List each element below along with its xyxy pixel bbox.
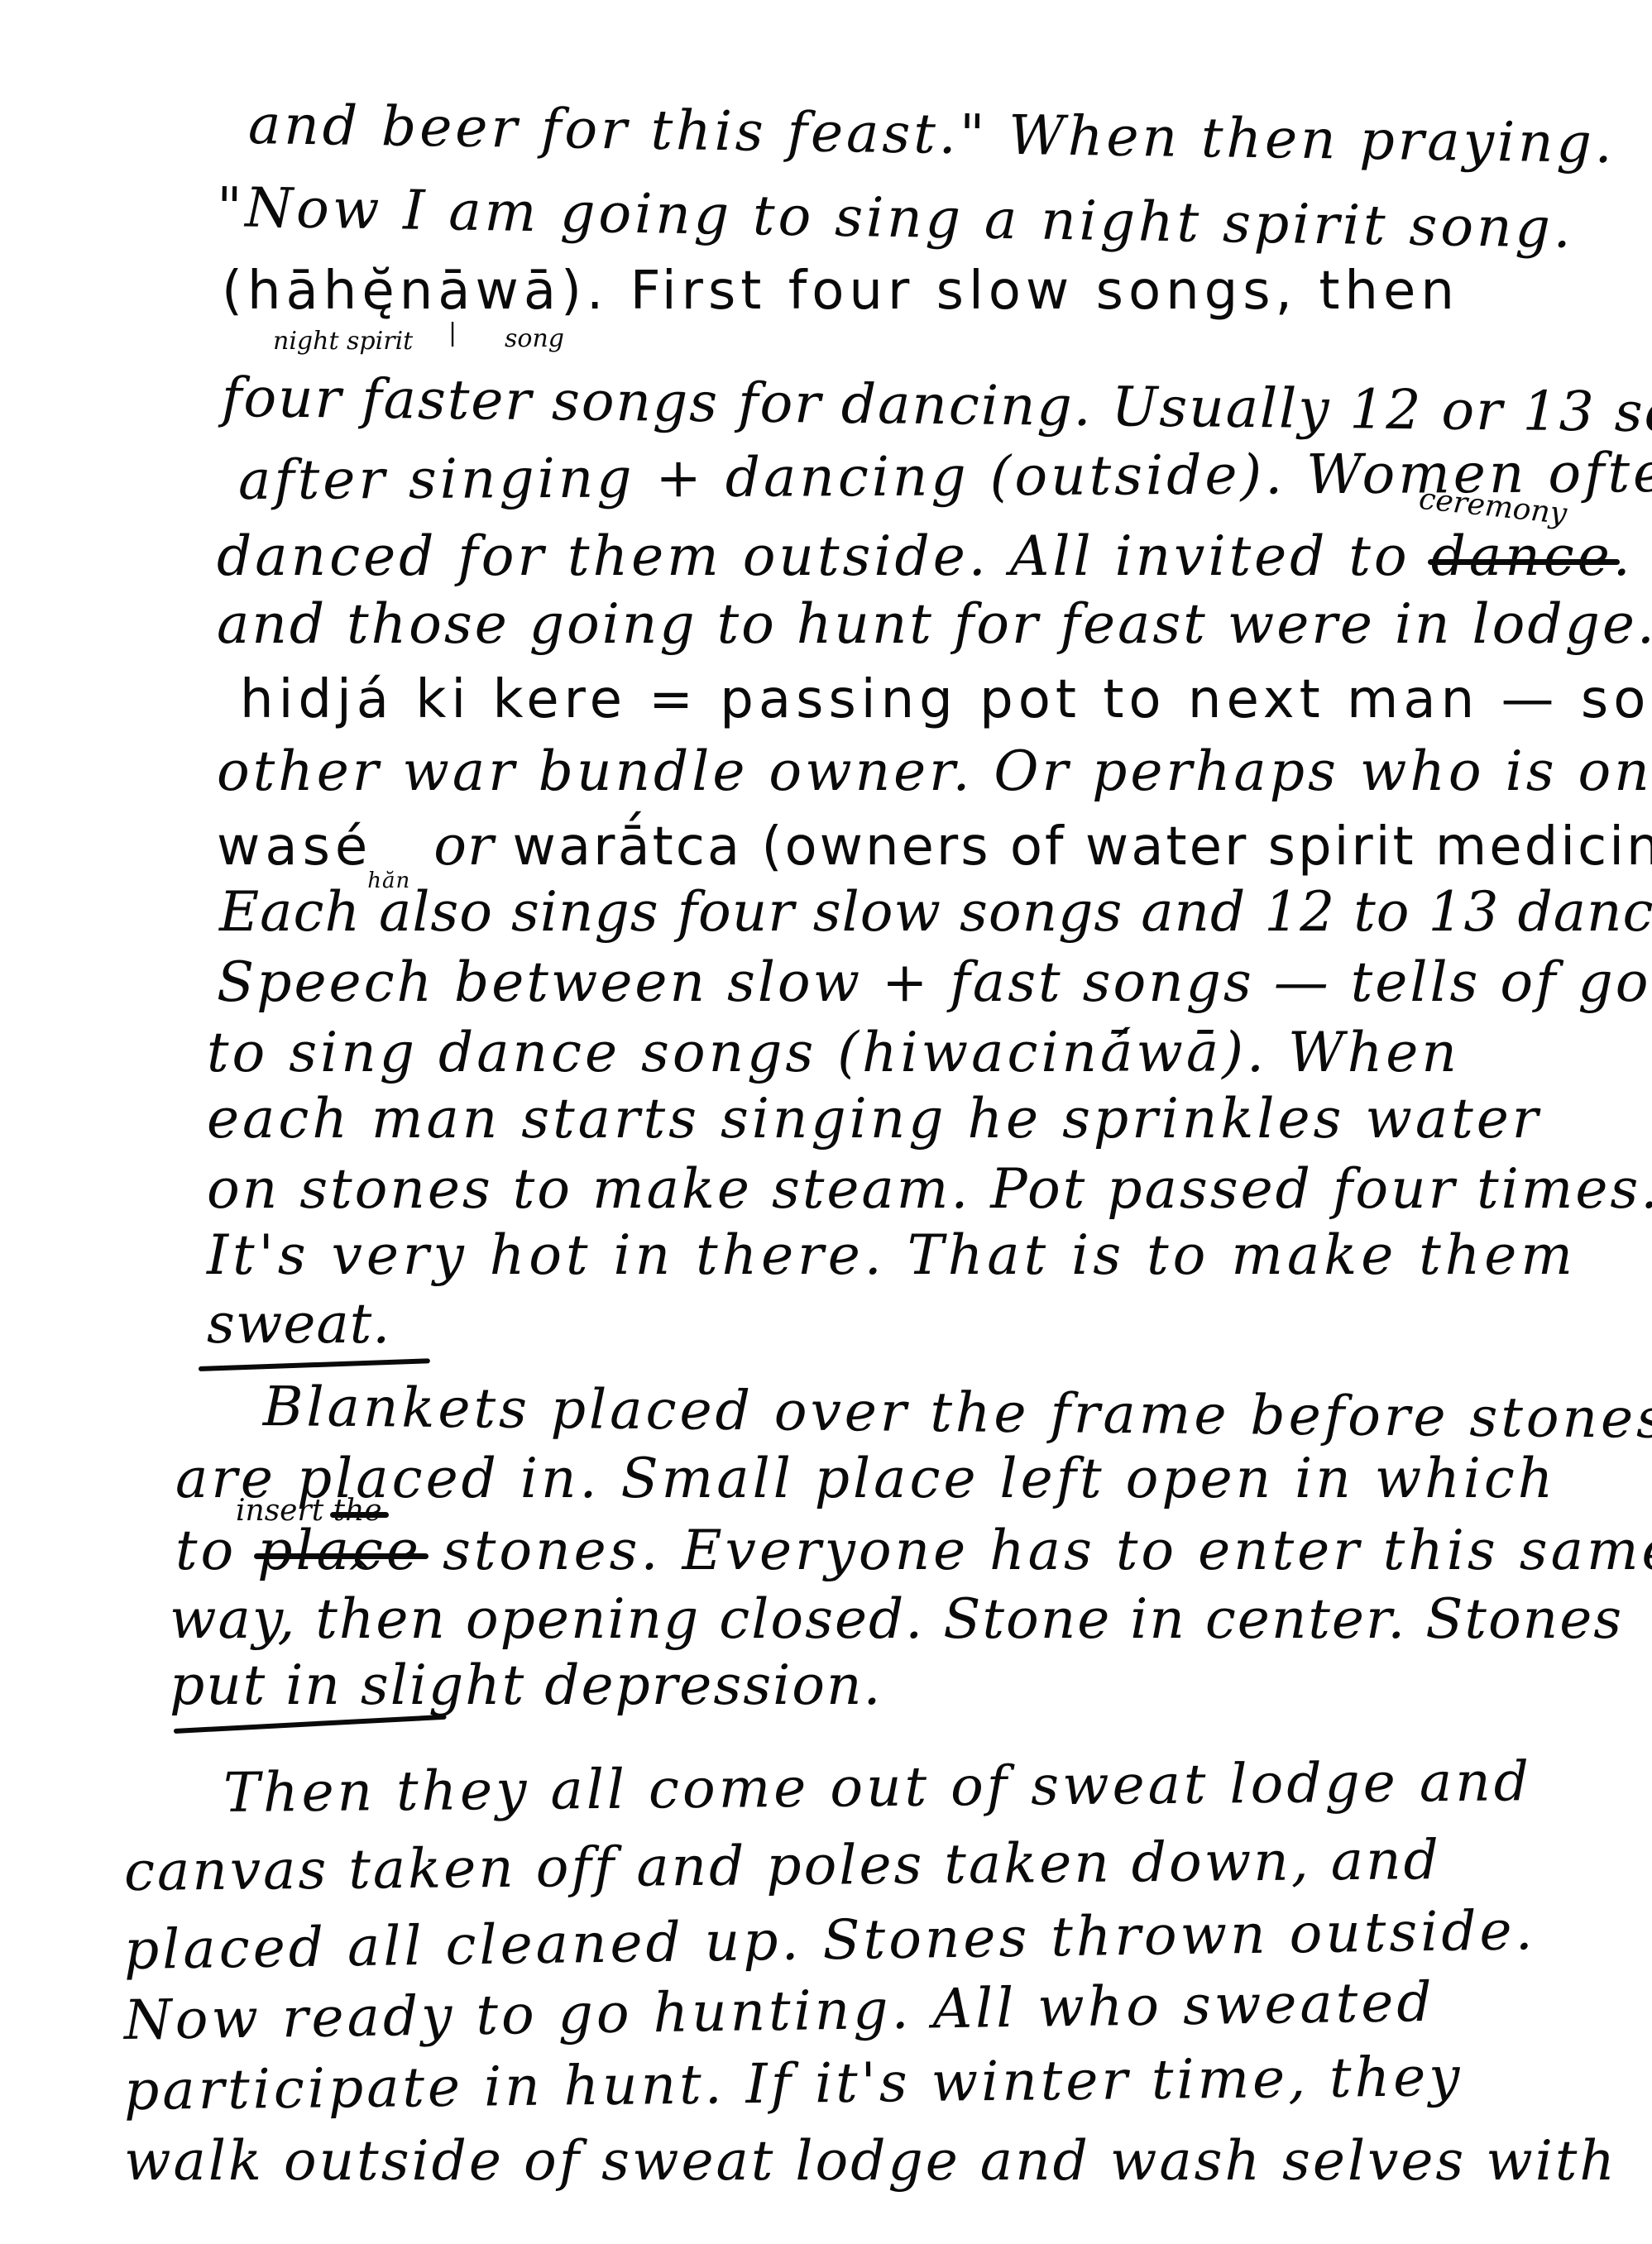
struck-word: dance [1431,529,1613,584]
text-segment: or [433,814,494,878]
text-line-with-native-term: (hāhę̆nāwā). First four slow songs, then [222,263,1459,318]
text-line: Speech between slow + fast songs — tells… [217,955,1652,1010]
text-line-with-correction: danced for them outside. All invited to … [217,529,1634,584]
text-segment: stones. Everyone has to enter this same [443,1519,1652,1582]
native-term-wase: wasé [217,816,372,878]
text-line: Blankets placed over the frame before st… [263,1380,1652,1447]
text-line: Then they all come out of sweat lodge an… [223,1754,1532,1821]
inserted-word-text: insert [236,1494,323,1528]
native-term-waratca: warā́tca (owners of water spirit medicin… [513,816,1652,878]
text-line: hidjá ki kere = passing pot to next man … [240,672,1652,726]
native-term-hahenawa: (hāhę̆nāwā). First four slow songs, then [222,261,1459,322]
section-divider [174,1715,447,1734]
text-line: and beer for this feast." When then pray… [248,98,1616,171]
struck-inserted-mark: the [333,1494,382,1528]
text-line-with-native-term: waséhăn or warā́tca (owners of water spi… [217,819,1652,873]
inserted-word: insert the [236,1494,382,1528]
text-line: "Now I am going to sing a night spirit s… [216,180,1574,256]
text-line: four faster songs for dancing. Usually 1… [222,371,1652,442]
text-line: are placed in. Small place left open in … [175,1452,1556,1506]
text-line: and those going to hunt for feast were i… [217,597,1652,652]
text-segment: danced for them outside. All invited to [217,524,1410,588]
text-line: on stones to make steam. Pot passed four… [207,1162,1652,1217]
period: . [1613,524,1634,588]
text-line: placed all cleaned up. Stones thrown out… [124,1903,1536,1978]
text-line: other war bundle owner. Or perhaps who i… [217,744,1652,799]
text-line-with-correction: to place stones. Everyone has to enter t… [175,1524,1652,1578]
interlinear-gloss-night-spirit: night spirit [273,327,413,356]
native-term-hidjakikere: hidjá ki kere = passing pot to next man … [240,669,1652,730]
text-line: Now ready to go hunting. All who sweated [124,1975,1435,2048]
text-line-with-native-term: to sing dance songs (hiwacinā́wā). When [207,1026,1460,1080]
text-line: It's very hot in there. That is to make … [207,1228,1577,1283]
text-line: Each also sings four slow songs and 12 t… [219,885,1652,940]
text-line: each man starts singing he sprinkles wat… [207,1092,1541,1146]
text-line: put in slight depression. [170,1658,882,1713]
text-line: walk outside of sweat lodge and wash sel… [124,2134,1617,2189]
interlinear-gloss-separator: | [448,318,457,347]
text-line: participate in hunt. If it's winter time… [124,2050,1463,2118]
text-line: canvas taken off and poles taken down, a… [124,1833,1441,1899]
text-segment: to [175,1519,237,1582]
section-divider [199,1358,430,1371]
interlinear-gloss-song: song [505,324,564,353]
manuscript-page: and beer for this feast." When then pray… [0,0,1652,2244]
struck-word: place [257,1524,422,1578]
text-line: sweat. [207,1297,390,1352]
text-line: way, then opening closed. Stone in cente… [170,1592,1623,1647]
